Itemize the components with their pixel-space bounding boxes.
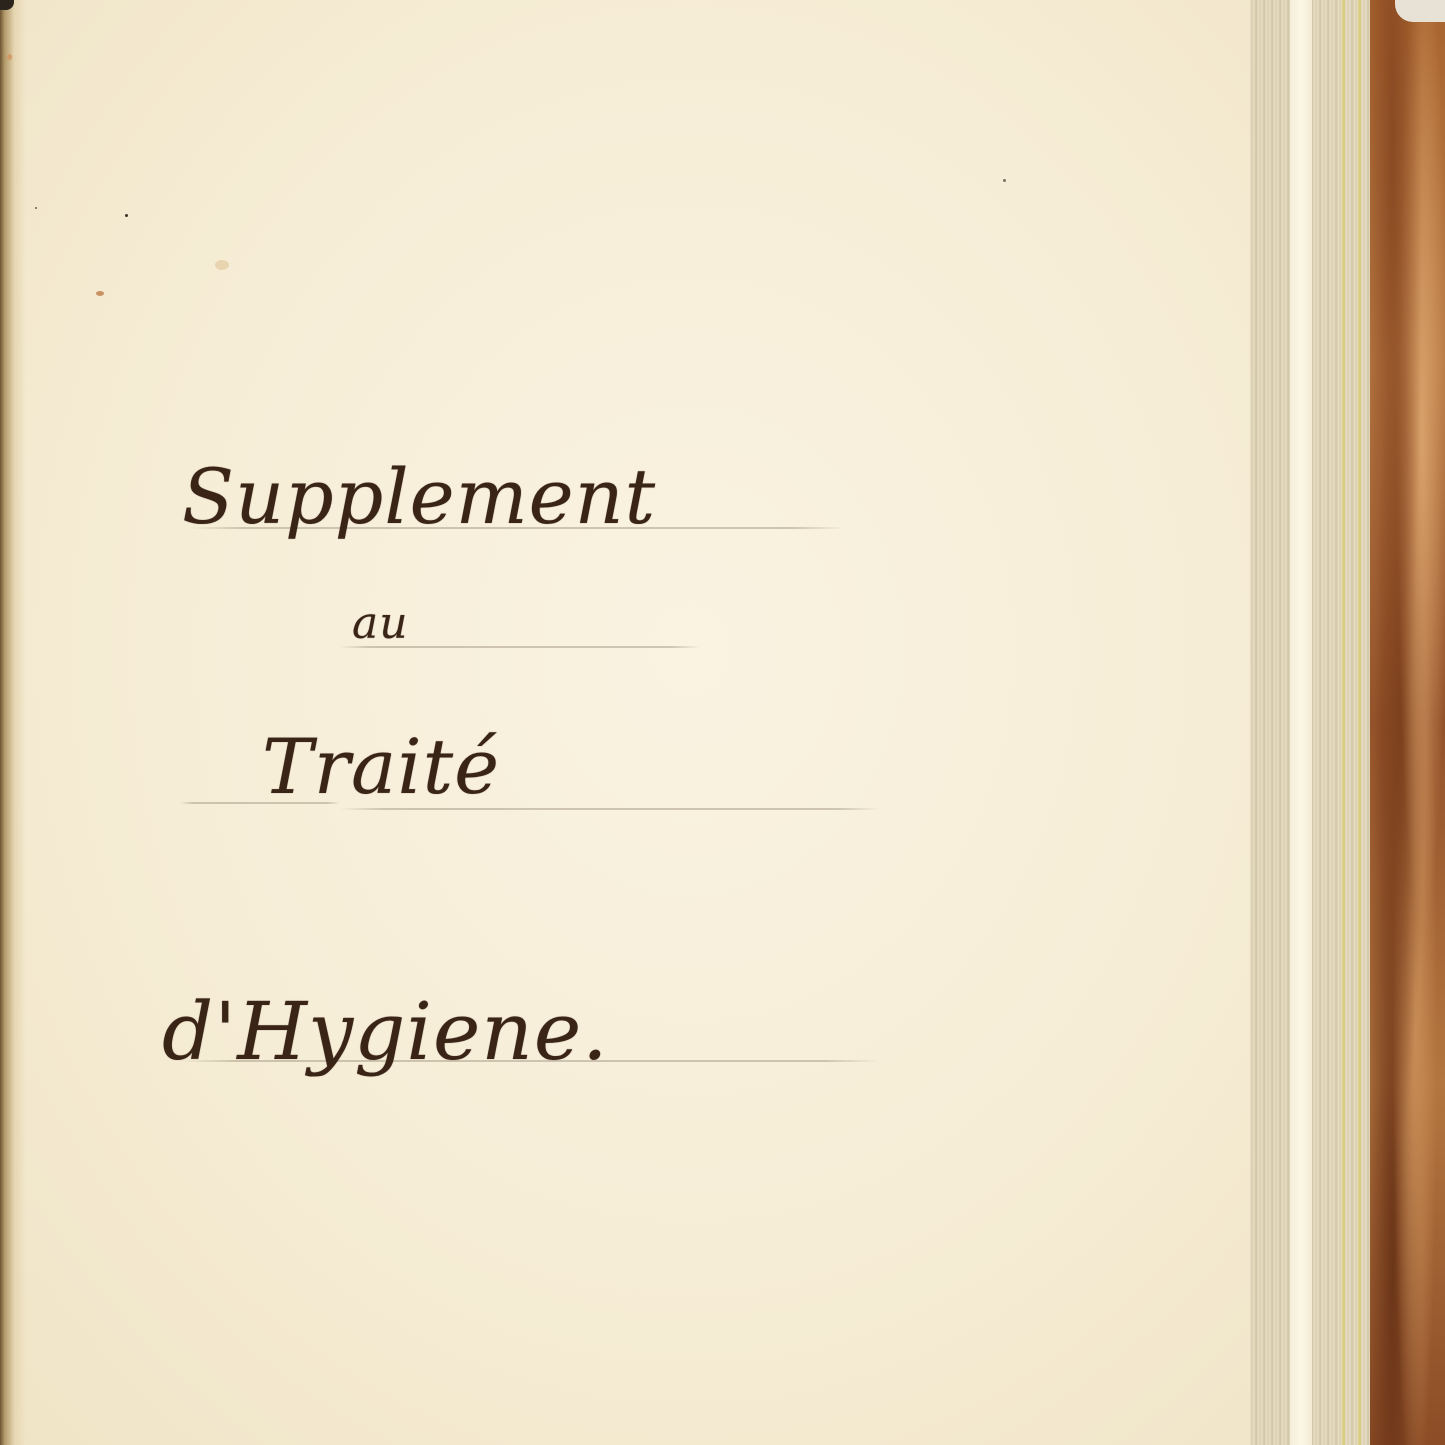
- foxing-spot: [96, 291, 104, 296]
- ink-dot: [1003, 179, 1006, 182]
- page-edge-highlight: [1290, 0, 1312, 1445]
- ink-dot: [125, 214, 128, 217]
- binding-worn-corner: [1395, 0, 1445, 22]
- ink-dot: [35, 207, 37, 209]
- foxing-spot: [215, 260, 229, 270]
- title-line-supplement: Supplement: [182, 452, 656, 541]
- title-line-hygiene: d'Hygiene.: [162, 985, 609, 1078]
- gutter-shadow: [0, 0, 26, 1445]
- page-edge-gilt: [1342, 0, 1345, 1445]
- page-edge-gilt: [1358, 0, 1361, 1445]
- title-line-traite: Traité: [262, 722, 500, 811]
- foxing-spot: [7, 54, 12, 60]
- title-line-au: au: [352, 598, 409, 649]
- marbled-binding: [1370, 0, 1445, 1445]
- manuscript-page: Supplement au Traité d'Hygiene.: [0, 0, 1255, 1445]
